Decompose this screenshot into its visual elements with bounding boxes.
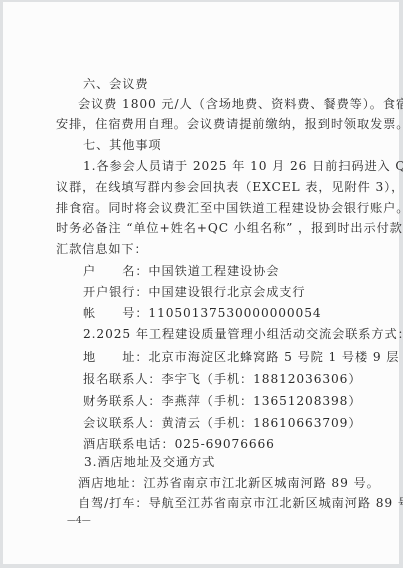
contact-finance: 财务联系人：李燕萍（手机：13651208398）: [83, 394, 361, 408]
contact-hotel-phone: 酒店联系电话：025-69076666: [83, 437, 275, 451]
hotel-address: 酒店地址：江苏省南京市江北新区城南河路 89 号。: [78, 476, 380, 490]
paragraph-line: 时务必备注 “单位+姓名+QC 小组名称” ，报到时出示付款凭证。: [56, 221, 403, 235]
contact-registration: 报名联系人：李宇飞（手机：18812036306）: [83, 372, 361, 386]
item-2-heading: 2.2025 年工程建设质量管理小组活动交流会联系方式：: [83, 327, 403, 341]
bank-account-number: 帐 号：11050137530000000054: [83, 306, 322, 320]
section-6-heading: 六、会议费: [83, 77, 148, 91]
paragraph-line: 排食宿。同时将会议费汇至中国铁道工程建设协会银行账户。汇款: [56, 201, 403, 215]
paragraph-line: 1.各参会人员请于 2025 年 10 月 26 日前扫码进入 QC 交流会: [83, 159, 403, 173]
paragraph-line: 会议费 1800 元/人（含场地费、资料费、餐费等）。食宿统一: [78, 97, 403, 111]
paragraph-line: 安排，住宿费用自理。会议费请提前缴纳，报到时领取发票。: [56, 117, 403, 131]
item-3-heading: 3.酒店地址及交通方式: [84, 455, 215, 469]
hotel-directions: 自驾/打车：导航至江苏省南京市江北新区城南河路 89 号丰大: [78, 496, 403, 510]
bank-name: 开户银行：中国建设银行北京会成支行: [83, 285, 306, 299]
document-page: 六、会议费 会议费 1800 元/人（含场地费、资料费、餐费等）。食宿统一 安排…: [3, 2, 399, 564]
contact-meeting: 会议联系人：黄清云（手机：18610663709）: [83, 416, 361, 430]
bank-account-name: 户 名：中国铁道工程建设协会: [83, 264, 279, 278]
section-7-heading: 七、其他事项: [83, 138, 162, 152]
paragraph-line: 汇款信息如下：: [56, 242, 148, 256]
page-number: —4—: [67, 516, 91, 526]
paragraph-line: 议群，在线填写群内参会回执表（EXCEL 表，见附件 3），以便安: [56, 180, 403, 194]
contact-address: 地 址：北京市海淀区北蜂窝路 5 号院 1 号楼 9 层 902 室: [83, 350, 403, 364]
